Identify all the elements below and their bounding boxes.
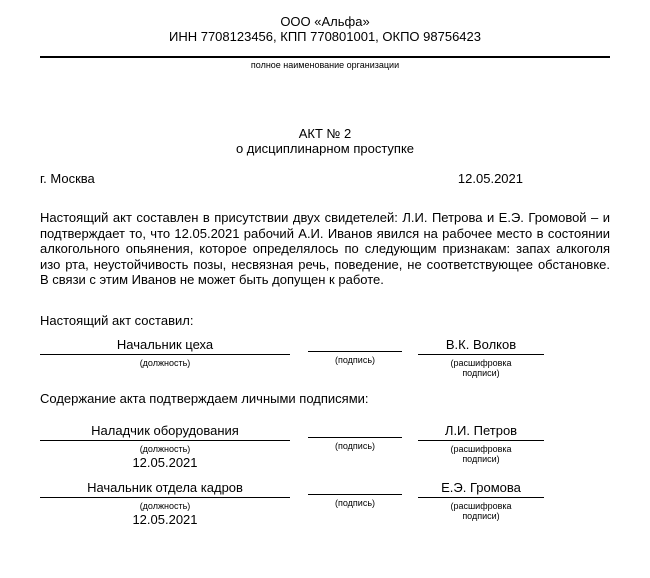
signature-line: [308, 337, 402, 352]
signature-row: Начальник цеха (должность) (подпись) В.К…: [40, 337, 610, 378]
signature-line: [308, 423, 402, 438]
org-caption: полное наименование организации: [40, 60, 610, 71]
header-rule: [40, 56, 610, 58]
name-column: В.К. Волков (расшифровка подписи): [418, 337, 544, 378]
name-column: Е.Э. Громова (расшифровка подписи): [418, 480, 544, 527]
transcript-caption: (расшифровка подписи): [450, 358, 512, 378]
signature-date: 12.05.2021: [40, 455, 290, 470]
name-value: Е.Э. Громова: [418, 480, 544, 498]
act-title: АКТ № 2: [40, 126, 610, 141]
signature-column: (подпись): [308, 480, 402, 527]
position-column: Начальник цеха (должность): [40, 337, 290, 378]
signature-line: [308, 480, 402, 495]
position-caption: (должность): [40, 501, 290, 511]
position-value: Начальник цеха: [40, 337, 290, 355]
position-column: Наладчик оборудования (должность) 12.05.…: [40, 423, 290, 470]
signature-column: (подпись): [308, 337, 402, 378]
org-requisites: ИНН 7708123456, КПП 770801001, ОКПО 9875…: [40, 29, 610, 44]
document-page: ООО «Альфа» ИНН 7708123456, КПП 77080100…: [0, 0, 650, 527]
signature-column: (подпись): [308, 423, 402, 470]
transcript-caption: (расшифровка подписи): [450, 501, 512, 521]
org-name: ООО «Альфа»: [40, 14, 610, 29]
confirm-heading: Содержание акта подтверждаем личными под…: [40, 391, 610, 406]
transcript-caption: (расшифровка подписи): [450, 444, 512, 464]
position-value: Начальник отдела кадров: [40, 480, 290, 498]
signature-caption: (подпись): [308, 441, 402, 451]
body-paragraph: Настоящий акт составлен в присутствии дв…: [40, 210, 610, 288]
position-caption: (должность): [40, 444, 290, 454]
composer-heading: Настоящий акт составил:: [40, 313, 610, 328]
signature-caption: (подпись): [308, 355, 402, 365]
name-column: Л.И. Петров (расшифровка подписи): [418, 423, 544, 470]
signature-caption: (подпись): [308, 498, 402, 508]
act-date: 12.05.2021: [458, 171, 523, 186]
name-value: Л.И. Петров: [418, 423, 544, 441]
signature-date: 12.05.2021: [40, 512, 290, 527]
position-value: Наладчик оборудования: [40, 423, 290, 441]
city-date-row: г. Москва 12.05.2021: [40, 171, 610, 186]
city-label: г. Москва: [40, 171, 95, 186]
signature-row: Начальник отдела кадров (должность) 12.0…: [40, 480, 610, 527]
name-value: В.К. Волков: [418, 337, 544, 355]
position-column: Начальник отдела кадров (должность) 12.0…: [40, 480, 290, 527]
org-header: ООО «Альфа» ИНН 7708123456, КПП 77080100…: [40, 14, 610, 44]
position-caption: (должность): [40, 358, 290, 368]
title-block: АКТ № 2 о дисциплинарном проступке: [40, 126, 610, 156]
act-subtitle: о дисциплинарном проступке: [40, 141, 610, 156]
signature-row: Наладчик оборудования (должность) 12.05.…: [40, 423, 610, 470]
